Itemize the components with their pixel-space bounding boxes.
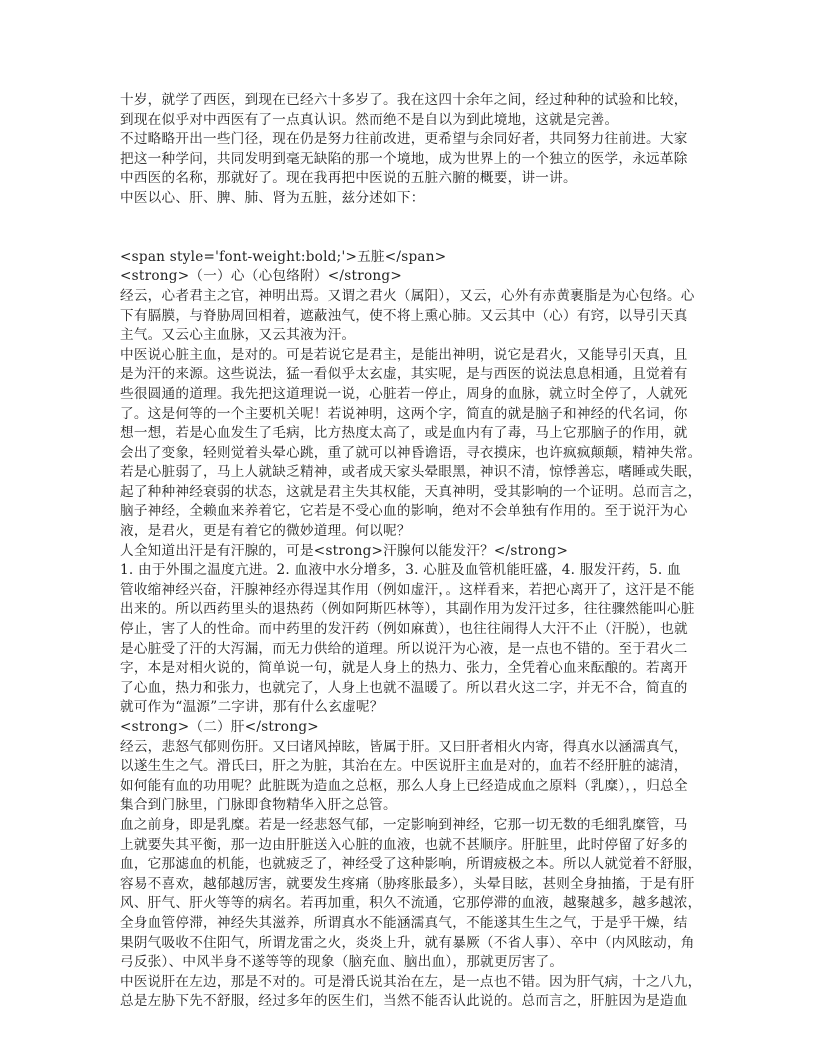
document-page: 十岁，就学了西医，到现在已经六十多岁了。我在这四十余年之间，经过种种的试验和比较… (120, 91, 700, 1012)
text-line: 下有膈膜，与脊胁周回相着，遮蔽浊气，使不将上熏心肺。又云其中（心）有窍，以导引天… (120, 307, 700, 327)
text-line: 果阴气吸收不住阳气，所谓龙雷之火，炎炎上升，就有暴厥（不省人事）、卒中（内风眩动… (120, 934, 700, 954)
text-line: 字，本是对相火说的，简单说一句，就是人身上的热力、张力，全凭着心血来酝酿的。若离… (120, 659, 700, 679)
spacer (120, 209, 700, 229)
text-line: 全身血管停滞，神经失其滋养，所谓真水不能涵濡真气，不能遂其生生之气，于是乎干燥，… (120, 914, 700, 934)
text-line: 中西医的名称，那就好了。现在我再把中医说的五脏六腑的概要，讲一讲。 (120, 169, 700, 189)
text-line: 中医以心、肝、脾、肺、肾为五脏，兹分述如下： (120, 189, 700, 209)
liver-section: 经云，悲怒气郁则伤肝。又曰诸风掉眩，皆属于肝。又曰肝者相火内寄，得真水以涵濡真气… (120, 738, 700, 1012)
text-line: 了。这是何等的一个主要机关呢！若说神明，这两个字，简直的就是脑子和神经的代名词，… (120, 405, 700, 425)
text-line: 脑子神经，全赖血来养着它，它若是不受心血的影响，绝对不会单独有作用的。至于说汗为… (120, 502, 700, 522)
text-line: 想一想，若是心血发生了毛病，比方热度太高了，或是血内有了毒，马上它那脑子的作用，… (120, 424, 700, 444)
text-line: 经云，心者君主之官，神明出焉。又谓之君火（属阳），又云，心外有赤黄裹脂是为心包络… (120, 287, 700, 307)
text-line: 如何能有血的功用呢？此脏既为造血之总枢，那么人身上已经造成血之原料（乳糜），，归… (120, 777, 700, 797)
text-line: 起了种种神经衰弱的状态，这就是君主失其权能，天真神明，受其影响的一个证明。总而言… (120, 483, 700, 503)
text-line: 风、肝气、肝火等等的病名。若再加重，积久不流通，它那停滞的血液，越聚越多，越多越… (120, 894, 700, 914)
text-line: 是心脏受了汗的大泻漏，而无力供给的道理。所以说汗为心液，是一点也不错的。至于君火… (120, 640, 700, 660)
text-line: 停止，害了人的性命。而中药里的发汗药（例如麻黄），也往往闹得人大汗不止（汗脱），… (120, 620, 700, 640)
text-line: 血之前身，即是乳糜。若是一经悲怒气郁，一定影响到神经，它那一切无数的毛细乳糜管，… (120, 816, 700, 836)
text-line: 血，它那滤血的机能，也就疲乏了，神经受了这种影响，所谓疲极之本。所以人就觉着不舒… (120, 855, 700, 875)
text-line: 1. 由于外围之温度亢进。2. 血液中水分增多，3. 心脏及血管机能旺盛，4. … (120, 561, 700, 581)
text-line: 出来的。所以西药里头的退热药（例如阿斯匹林等），其副作用为发汗过多，往往骤然能叫… (120, 600, 700, 620)
text-line: 主气。又云心主血脉，又云其液为汗。 (120, 326, 700, 346)
heart-section: 经云，心者君主之官，神明出焉。又谓之君火（属阳），又云，心外有赤黄裹脂是为心包络… (120, 287, 700, 718)
text-line: 就可作为“温源”二字讲，那有什么玄虚呢？ (120, 698, 700, 718)
text-line: 到现在似乎对中西医有了一点真认识。然而绝不是自以为到此境地，这就是完善。 (120, 111, 700, 131)
text-line: 会出了变象，轻则觉着头晕心跳，重了就可以神昏谵语，寻衣摸床，也许疯疯颠颠，精神失… (120, 444, 700, 464)
text-line: 些很圆通的道理。我先把这道理说一说，心脏若一停止，周身的血脉，就立时全停了，人就… (120, 385, 700, 405)
text-line: 以遂生生之气。滑氏曰，肝之为脏，其治在左。中医说肝主血是对的，血若不经肝脏的滤清… (120, 757, 700, 777)
intro-paragraphs: 十岁，就学了西医，到现在已经六十多岁了。我在这四十余年之间，经过种种的试验和比较… (120, 91, 700, 209)
text-line: 弓反张）、中风半身不遂等等的现象（脑充血、脑出血），那就更厉害了。 (120, 953, 700, 973)
text-line: 中医说肝在左边，那是不对的。可是滑氏说其治在左，是一点也不错。因为肝气病，十之八… (120, 973, 700, 993)
text-line: 管收缩神经兴奋，汗腺神经亦得逞其作用（例如虚汗，。这样看来，若把心离开了，这汗是… (120, 581, 700, 601)
text-line: 是为汗的来源。这些说法，猛一看似乎太玄虚，其实呢，是与西医的说法息息相通，且觉着… (120, 365, 700, 385)
text-line: 中医说心脏主血，是对的。可是若说它是君主，是能出神明，说它是君火，又能导引天真，… (120, 346, 700, 366)
section-heading-raw: <span style='font-weight:bold;'>五脏</span… (120, 248, 700, 268)
text-line: 人全知道出汗是有汗腺的，可是<strong>汗腺何以能发汗？</strong> (120, 542, 700, 562)
liver-heading-raw: <strong>（二）肝</strong> (120, 718, 700, 738)
spacer (120, 228, 700, 248)
text-line: 经云，悲怒气郁则伤肝。又曰诸风掉眩，皆属于肝。又曰肝者相火内寄，得真水以涵濡真气… (120, 738, 700, 758)
heart-heading-raw: <strong>（一）心（心包络附）</strong> (120, 267, 700, 287)
text-line: 不过略略开出一些门径，现在仍是努力往前改进，更希望与余同好者，共同努力往前进。大… (120, 130, 700, 150)
text-line: 集合到门脉里，门脉即食物精华入肝之总管。 (120, 796, 700, 816)
text-line: 容易不喜欢，越郁越厉害，就要发生疼痛（胁疼胀最多），头晕目眩，甚则全身抽搐，于是… (120, 875, 700, 895)
text-line: 总是左胁下先不舒服，经过多年的医生们，当然不能否认此说的。总而言之，肝脏因为是造… (120, 992, 700, 1012)
text-line: 上就要失其平衡，那一边由肝脏送入心脏的血液，也就不甚顺序。肝脏里，此时停留了好多… (120, 836, 700, 856)
text-line: 液，是君火，更是有着它的微妙道理。何以呢？ (120, 522, 700, 542)
text-line: 若是心脏弱了，马上人就缺乏精神，或者成天家头晕眼黑，神识不清，惊悸善忘，嗜睡或失… (120, 463, 700, 483)
text-line: 了心血，热力和张力，也就完了，人身上也就不温暖了。所以君火这二字，并无不合，简直… (120, 679, 700, 699)
text-line: 十岁，就学了西医，到现在已经六十多岁了。我在这四十余年之间，经过种种的试验和比较… (120, 91, 700, 111)
text-line: 把这一种学问，共同发明到毫无缺陷的那一个境地，成为世界上的一个独立的医学，永远革… (120, 150, 700, 170)
